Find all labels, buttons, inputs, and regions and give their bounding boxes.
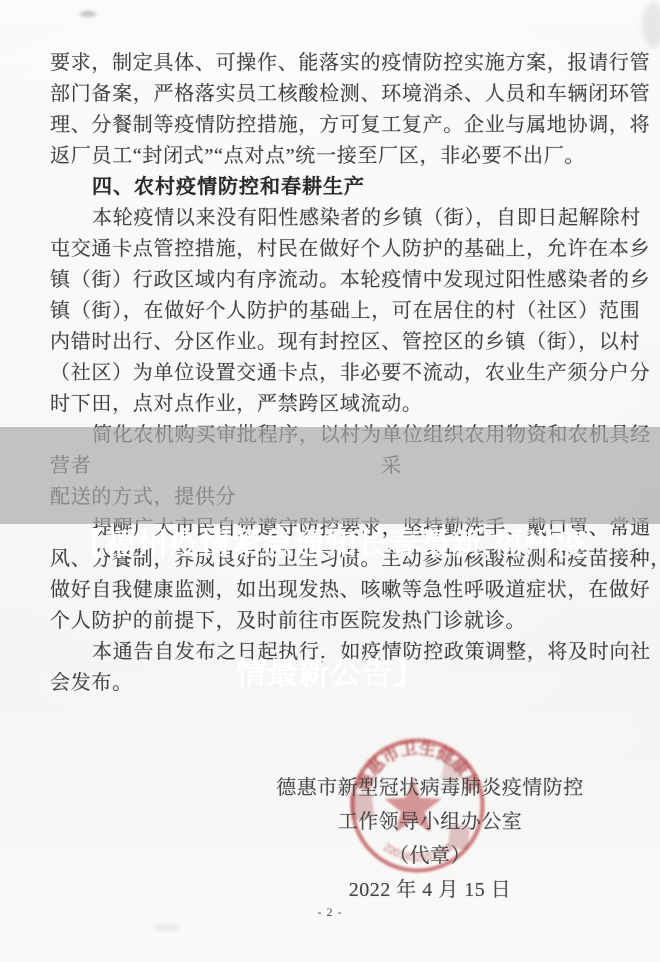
photographed-document-page: 要求，制定具体、可操作、能落实的疫情防控实施方案，报请行管 部门备案，严格落实员… bbox=[0, 0, 660, 962]
overlay-title-line: 情最新公告】 bbox=[0, 652, 660, 695]
document-line: 内错时出行、分区作业。现有封控区、管控区的乡镇（街），以村 bbox=[50, 327, 656, 358]
page-number: - 2 - bbox=[0, 905, 660, 920]
document-line: 返厂员工“封闭式”“点对点”统一接至厂区，非必要不出厂。 bbox=[50, 141, 656, 172]
document-line: 要求，制定具体、可操作、能落实的疫情防控实施方案，报请行管 bbox=[50, 48, 656, 79]
document-line: 本轮疫情以来没有阳性感染者的乡镇（街），自即日起解除村 bbox=[50, 203, 656, 234]
document-line: 屯交通卡点管控措施，村民在做好个人防护的基础上，允许在本乡 bbox=[50, 234, 656, 265]
overlay-title-line: 【福州疫情紧急通知长春最新,福州疫 bbox=[0, 523, 660, 566]
document-line: 镇（街）行政区域内有序流动。本轮疫情中发现过阳性感染者的乡 bbox=[50, 265, 656, 296]
document-line: （社区）为单位设置交通卡点，非必要不流动，农业生产须分户分 bbox=[50, 358, 656, 389]
signature-block: 德惠市新型冠状病毒肺炎疫情防控 工作领导小组办公室 （代章） 2022 年 4 … bbox=[250, 771, 610, 907]
document-line: 部门备案，严格落实员工核酸检测、环境消杀、人员和车辆闭环管 bbox=[50, 79, 656, 110]
overlay-title: 【福州疫情紧急通知长春最新,福州疫 情最新公告】 bbox=[0, 437, 660, 781]
photo-smudge bbox=[80, 11, 96, 17]
photo-smudge bbox=[152, 924, 180, 931]
overlay-banner: 【福州疫情紧急通知长春最新,福州疫 情最新公告】 bbox=[0, 427, 660, 524]
document-line: 镇（街），在做好个人防护的基础上，可在居住的村（社区）范围 bbox=[50, 296, 656, 327]
issue-date: 2022 年 4 月 15 日 bbox=[250, 873, 610, 907]
seal-note: （代章） bbox=[250, 839, 610, 873]
document-line: 时下田，点对点作业，严禁跨区域流动。 bbox=[50, 389, 656, 420]
issuing-org-line2: 工作领导小组办公室 bbox=[250, 805, 610, 839]
document-line: 理、分餐制等疫情防控措施，方可复工复产。企业与属地协调，将 bbox=[50, 110, 656, 141]
photo-smudge bbox=[642, 2, 660, 48]
section-heading: 四、农村疫情防控和春耕生产 bbox=[50, 172, 656, 203]
